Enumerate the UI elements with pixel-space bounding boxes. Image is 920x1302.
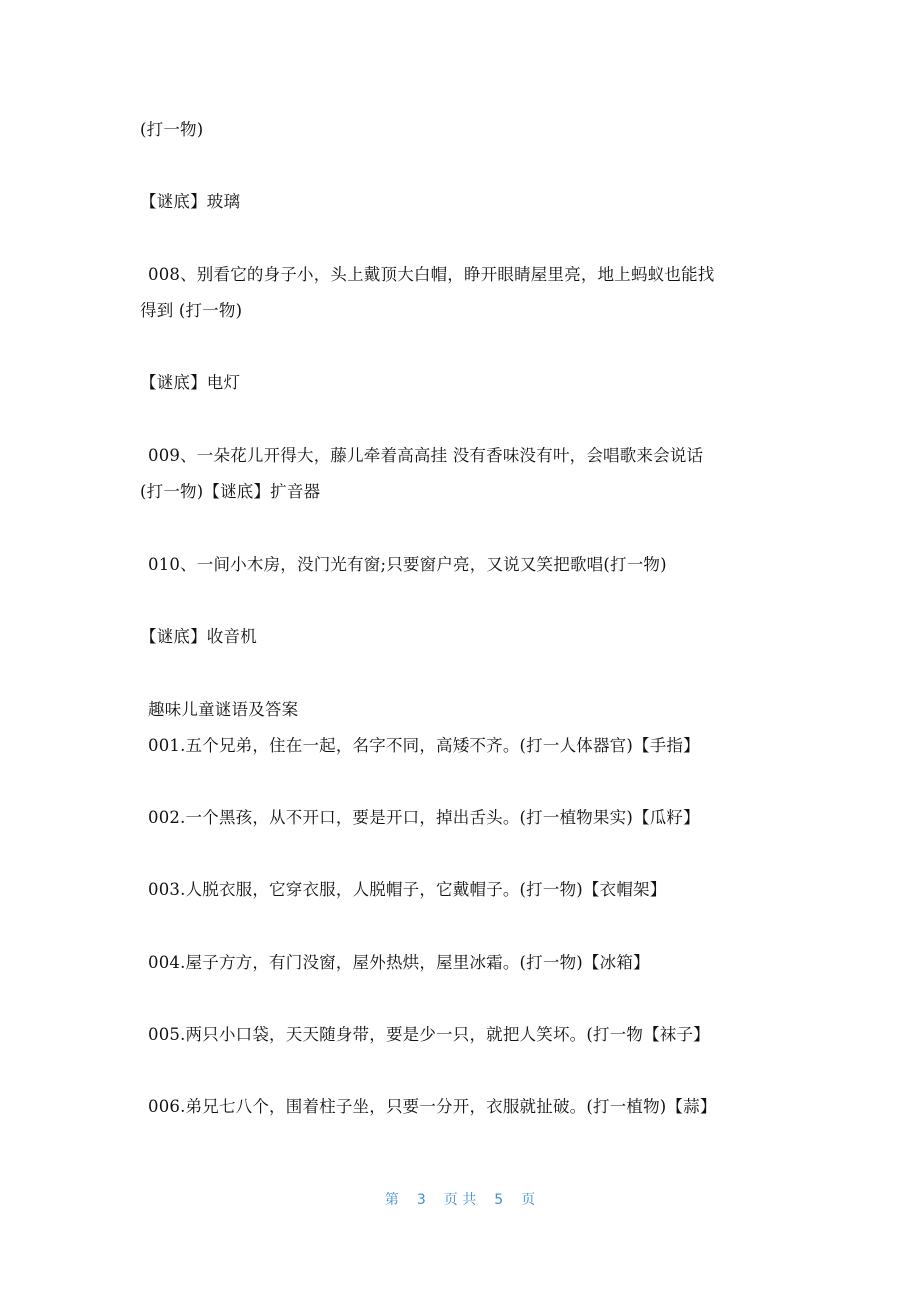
text-line: (打一物)【谜底】扩音器 xyxy=(140,482,320,502)
riddle-line: 006.弟兄七八个，围着柱子坐，只要一分开，衣服就扯破。(打一植物)【蒜】 xyxy=(148,1097,717,1117)
riddle-line: 001.五个兄弟，住在一起，名字不同，高矮不齐。(打一人体器官)【手指】 xyxy=(148,736,700,756)
riddle-line: 003.人脱衣服，它穿衣服，人脱帽子，它戴帽子。(打一物)【衣帽架】 xyxy=(148,880,666,900)
answer-line: 【谜底】玻璃 xyxy=(140,192,240,212)
answer-line: 【谜底】收音机 xyxy=(140,627,257,647)
total-pages-number: 5 xyxy=(494,1192,503,1208)
footer-prefix: 第 xyxy=(385,1189,399,1209)
riddle-line: 002.一个黑孩，从不开口，要是开口，掉出舌头。(打一植物果实)【瓜籽】 xyxy=(148,808,700,828)
riddle-line: 005.两只小口袋，天天随身带，要是少一只，就把人笑坏。(打一物【袜子】 xyxy=(148,1025,710,1045)
riddle-line: 009、一朵花儿开得大，藤儿牵着高高挂 没有香味没有叶，会唱歌来会说话 xyxy=(148,446,703,466)
section-heading: 趣味儿童谜语及答案 xyxy=(148,700,298,720)
footer-suffix: 页 xyxy=(521,1189,535,1209)
answer-line: 【谜底】电灯 xyxy=(140,373,240,393)
document-page: (打一物) 【谜底】玻璃 008、别看它的身子小，头上戴顶大白帽，睁开眼睛屋里亮… xyxy=(0,0,920,1302)
text-line: 得到 (打一物) xyxy=(140,301,242,321)
footer-middle: 页 共 xyxy=(444,1189,476,1209)
text-line: (打一物) xyxy=(140,120,203,140)
riddle-line: 008、别看它的身子小，头上戴顶大白帽，睁开眼睛屋里亮，地上蚂蚁也能找 xyxy=(148,265,715,285)
page-footer: 第3页 共5页 xyxy=(0,1189,920,1209)
riddle-line: 010、一间小木房，没门光有窗;只要窗户亮，又说又笑把歌唱(打一物) xyxy=(148,555,667,575)
riddle-line: 004.屋子方方，有门没窗，屋外热烘，屋里冰霜。(打一物)【冰箱】 xyxy=(148,953,650,973)
current-page-number: 3 xyxy=(417,1192,426,1208)
